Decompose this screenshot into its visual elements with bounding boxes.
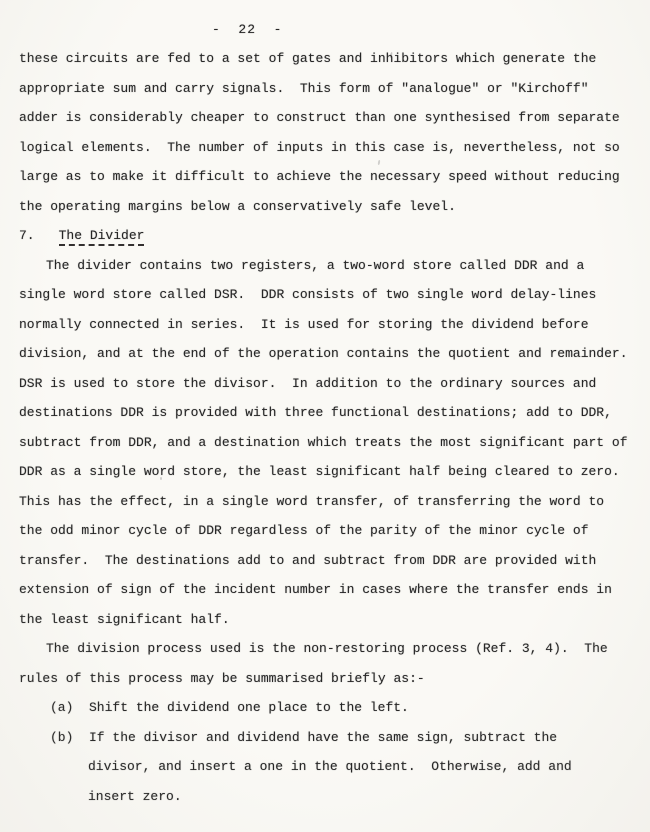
- text-line: logical elements. The number of inputs i…: [19, 139, 639, 169]
- scan-speck: [160, 477, 162, 480]
- text-line: extension of sign of the incident number…: [19, 581, 639, 611]
- text-line: (a) Shift the dividend one place to the …: [19, 699, 639, 729]
- text-line: these circuits are fed to a set of gates…: [19, 50, 639, 80]
- text-line: appropriate sum and carry signals. This …: [19, 80, 639, 110]
- section-number: 7.: [19, 227, 35, 244]
- text-line: This has the effect, in a single word tr…: [19, 493, 639, 523]
- text-line: large as to make it difficult to achieve…: [19, 168, 639, 198]
- text-line: The division process used is the non-res…: [19, 640, 639, 670]
- text-line: the operating margins below a conservati…: [19, 198, 639, 228]
- text-line: (b) If the divisor and dividend have the…: [19, 729, 639, 759]
- text-line: the odd minor cycle of DDR regardless of…: [19, 522, 639, 552]
- text-line: adder is considerably cheaper to constru…: [19, 109, 639, 139]
- text-line: transfer. The destinations add to and su…: [19, 552, 639, 582]
- text-line: DDR as a single word store, the least si…: [19, 463, 639, 493]
- text-body: these circuits are fed to a set of gates…: [19, 50, 639, 817]
- text-line: The divider contains two registers, a tw…: [19, 257, 639, 287]
- text-line: destinations DDR is provided with three …: [19, 404, 639, 434]
- text-line: rules of this process may be summarised …: [19, 670, 639, 700]
- section-heading: 7.The Divider: [19, 227, 639, 257]
- text-line: subtract from DDR, and a destination whi…: [19, 434, 639, 464]
- text-line: DSR is used to store the divisor. In add…: [19, 375, 639, 405]
- text-line: the least significant half.: [19, 611, 639, 641]
- text-line: single word store called DSR. DDR consis…: [19, 286, 639, 316]
- text-line: division, and at the end of the operatio…: [19, 345, 639, 375]
- text-line: divisor, and insert a one in the quotien…: [19, 758, 639, 788]
- section-title: The Divider: [59, 227, 145, 246]
- scanned-document-page: - 22 - these circuits are fed to a set o…: [0, 0, 650, 832]
- text-line: normally connected in series. It is used…: [19, 316, 639, 346]
- page-number: - 22 -: [212, 22, 282, 37]
- text-line: insert zero.: [19, 788, 639, 818]
